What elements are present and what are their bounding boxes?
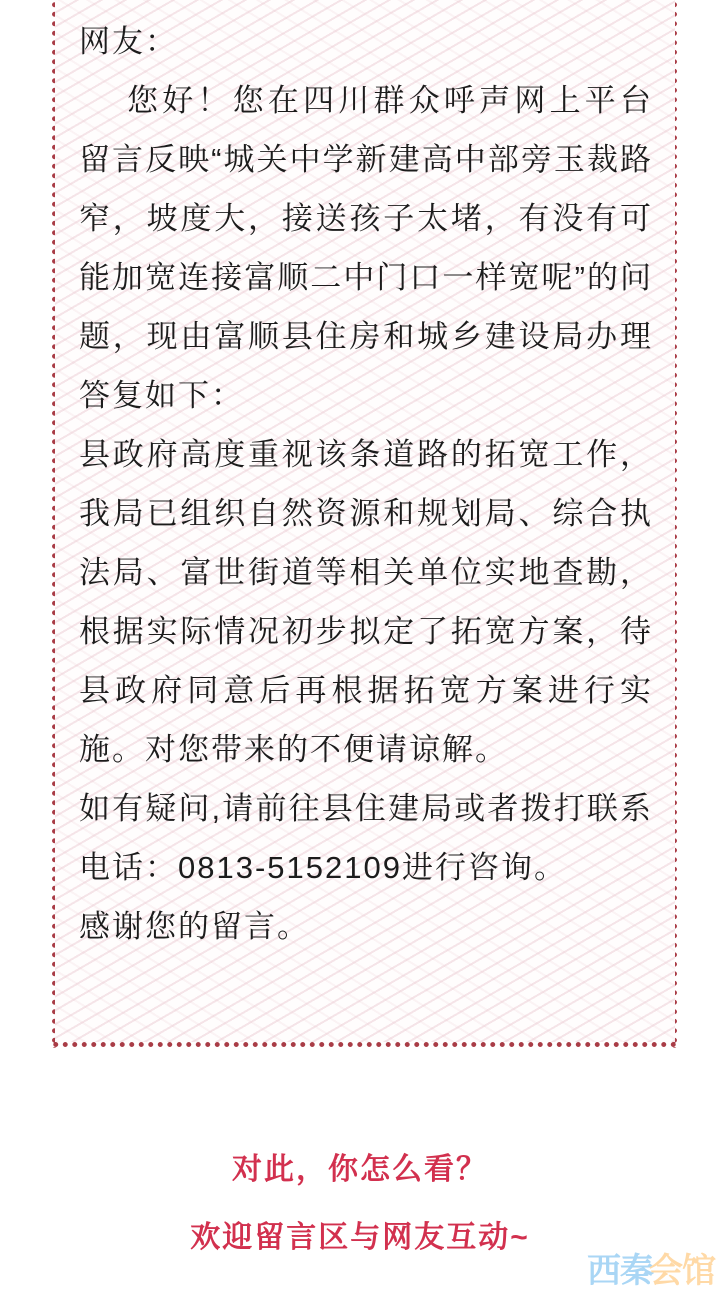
reply-notice-card: 网友： 您好！您在四川群众呼声网上平台留言反映“城关中学新建高中部旁玉裁路窄，坡… [55,0,675,1042]
watermark-logo: 西秦会馆 [587,1252,715,1290]
watermark-logo-orange-part: 会馆 [649,1252,715,1290]
footer-question: 对此，你怎么看？ [0,1150,720,1190]
reply-salutation: 网友： [79,12,653,71]
reply-contact-paragraph: 如有疑问,请前往县住建局或者拨打联系电话：0813-5152109进行咨询。 [79,779,653,897]
dotted-border-bottom [51,1041,678,1048]
reply-thanks-paragraph: 感谢您的留言。 [79,897,653,956]
watermark-logo-blue-part: 西秦 [587,1252,653,1290]
reply-body-paragraph: 县政府高度重视该条道路的拓宽工作，我局已组织自然资源和规划局、综合执法局、富世街… [79,425,653,779]
reply-greeting-paragraph: 您好！您在四川群众呼声网上平台留言反映“城关中学新建高中部旁玉裁路窄，坡度大，接… [79,71,653,425]
article-page: 网友： 您好！您在四川群众呼声网上平台留言反映“城关中学新建高中部旁玉裁路窄，坡… [0,0,720,1292]
